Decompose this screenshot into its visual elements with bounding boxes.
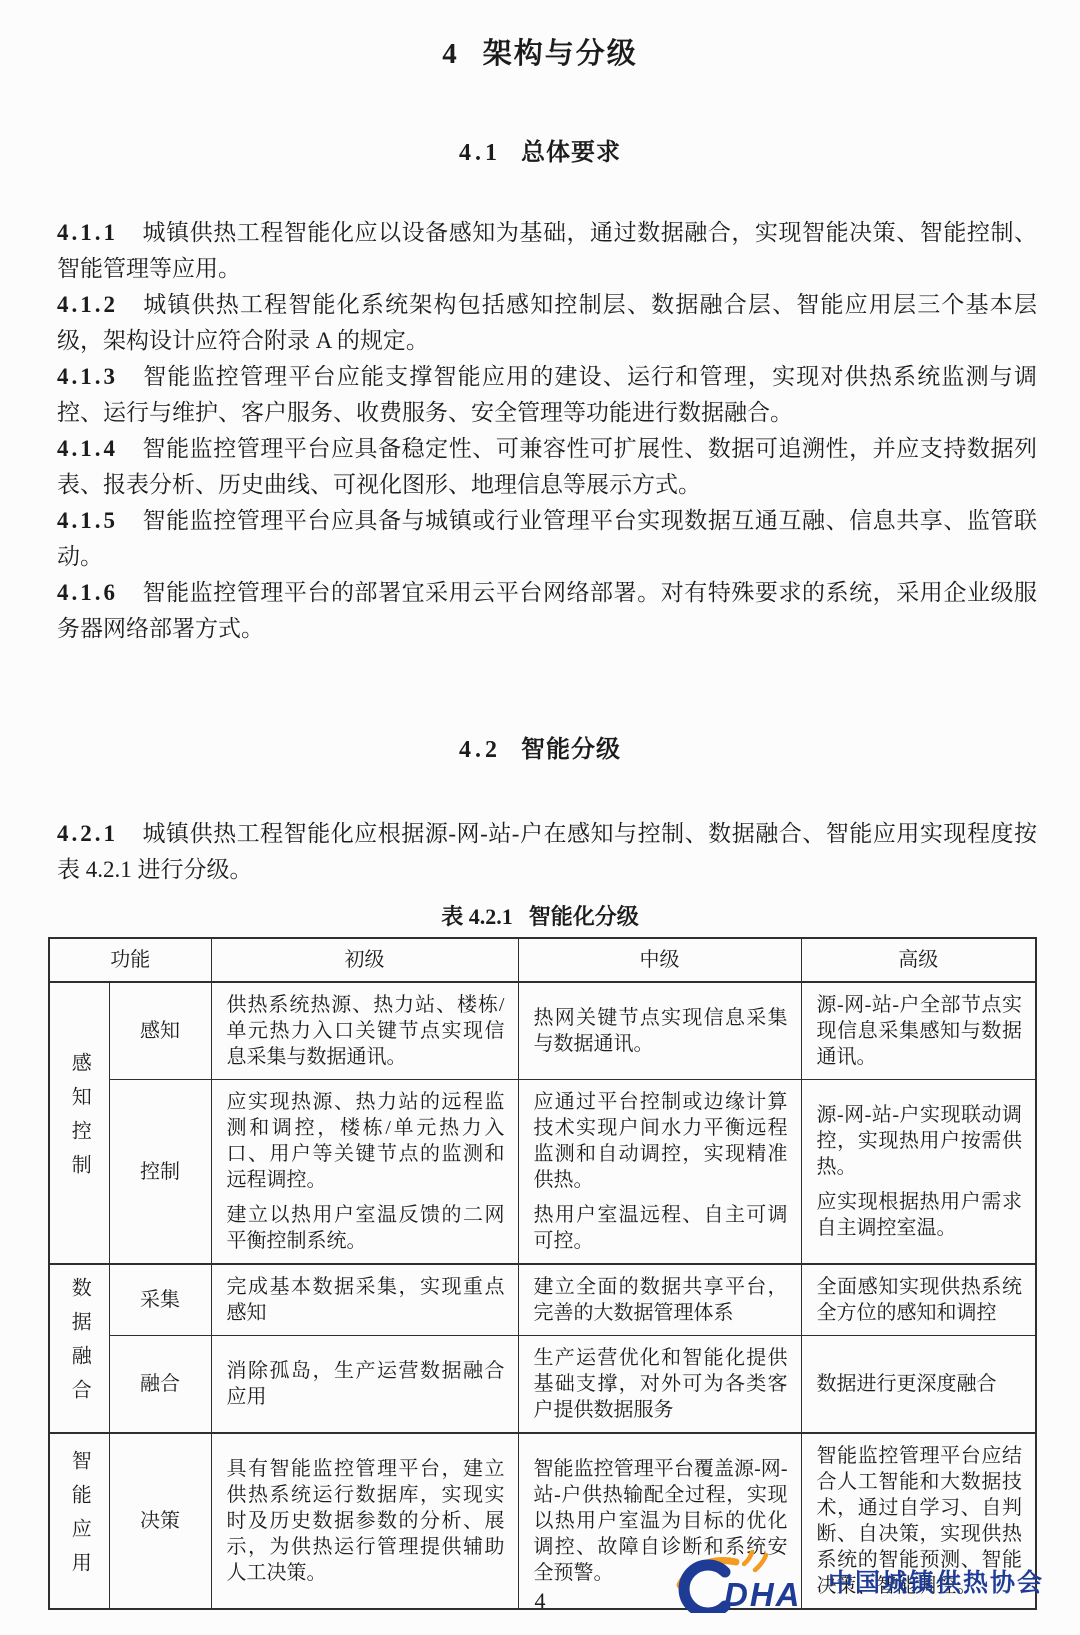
clause-text: 城镇供热工程智能化系统架构包括感知控制层、数据融合层、智能应用层三个基本层级，架…	[57, 292, 1037, 353]
clause-number: 4.1.3	[57, 364, 118, 389]
row-label-decision: 决策	[109, 1433, 211, 1609]
clause-text: 城镇供热工程智能化应以设备感知为基础，通过数据融合，实现智能决策、智能控制、智能…	[57, 220, 1037, 281]
table-row-fusion: 融合 消除孤岛，生产运营数据融合应用 生产运营优化和智能化提供基础支撑，对外可为…	[49, 1336, 1036, 1434]
clause-number: 4.1.2	[57, 292, 118, 317]
section-4-1-clauses: 4.1.1城镇供热工程智能化应以设备感知为基础，通过数据融合，实现智能决策、智能…	[0, 215, 1080, 647]
page-number: 4	[0, 1588, 1080, 1614]
clause-paragraph: 4.1.3智能监控管理平台应能支撑智能应用的建设、运行和管理，实现对供热系统监测…	[57, 359, 1037, 431]
cell-fusion-advanced: 数据进行更深度融合	[801, 1336, 1036, 1434]
table-row-collection: 数据融合 采集 完成基本数据采集，实现重点感知 建立全面的数据共享平台，完善的大…	[49, 1264, 1036, 1336]
grading-table: 功能 初级 中级 高级 感知控制 感知 供热系统热源、热力站、楼栋/单元热力入口…	[48, 937, 1037, 1610]
section-4-2-number: 4.2	[459, 737, 501, 763]
header-function: 功能	[49, 938, 211, 982]
clause-number: 4.2.1	[57, 821, 118, 846]
row-label-perception: 感知	[109, 982, 211, 1080]
group-label-intelligent-application: 智能应用	[49, 1433, 109, 1609]
table-row-control: 控制 应实现热源、热力站的远程监测和调控，楼栋/单元热力入口、用户等关键节点的监…	[49, 1080, 1036, 1265]
section-4-2-heading: 4.2智能分级	[0, 729, 1080, 764]
cell-decision-primary: 具有智能监控管理平台，建立供热系统运行数据库，实现实时及历史数据参数的分析、展示…	[211, 1433, 518, 1609]
clause-number: 4.1.1	[57, 220, 118, 245]
clause-text: 智能监控管理平台的部署宜采用云平台网络部署。对有特殊要求的系统，采用企业级服务器…	[57, 580, 1037, 641]
clause-text: 智能监控管理平台应能支撑智能应用的建设、运行和管理，实现对供热系统监测与调控、运…	[57, 364, 1037, 425]
logo-orange-tick-2	[755, 1555, 766, 1570]
row-label-collection: 采集	[109, 1264, 211, 1336]
clause-text: 智能监控管理平台应具备稳定性、可兼容性可扩展性、数据可追溯性，并应支持数据列表、…	[57, 436, 1037, 497]
cell-control-middle: 应通过平台控制或边缘计算技术实现户间水力平衡远程监测和自动调控，实现精准供热。热…	[518, 1080, 801, 1265]
clause-number: 4.1.5	[57, 508, 118, 533]
table-caption-number: 表 4.2.1	[441, 904, 513, 929]
cell-collection-middle: 建立全面的数据共享平台，完善的大数据管理体系	[518, 1264, 801, 1336]
row-label-control: 控制	[109, 1080, 211, 1265]
clause-text: 城镇供热工程智能化应根据源-网-站-户在感知与控制、数据融合、智能应用实现程度按…	[57, 821, 1037, 882]
cell-control-advanced: 源-网-站-户实现联动调控，实现热用户按需供热。应实现根据热用户需求自主调控室温…	[801, 1080, 1036, 1265]
clause-paragraph: 4.2.1城镇供热工程智能化应根据源-网-站-户在感知与控制、数据融合、智能应用…	[57, 816, 1037, 888]
clause-paragraph: 4.1.4智能监控管理平台应具备稳定性、可兼容性可扩展性、数据可追溯性，并应支持…	[57, 431, 1037, 503]
table-caption: 表 4.2.1智能化分级	[0, 900, 1080, 931]
group-label-perception-control: 感知控制	[49, 982, 109, 1264]
clause-number: 4.1.4	[57, 436, 118, 461]
cell-collection-primary: 完成基本数据采集，实现重点感知	[211, 1264, 518, 1336]
table-caption-title: 智能化分级	[529, 904, 639, 929]
table-row-perception: 感知控制 感知 供热系统热源、热力站、楼栋/单元热力入口关键节点实现信息采集与数…	[49, 982, 1036, 1080]
section-4-1-number: 4.1	[459, 140, 501, 166]
group-label-data-fusion: 数据融合	[49, 1264, 109, 1433]
cell-perception-middle: 热网关键节点实现信息采集与数据通讯。	[518, 982, 801, 1080]
cell-collection-advanced: 全面感知实现供热系统全方位的感知和调控	[801, 1264, 1036, 1336]
cell-control-primary: 应实现热源、热力站的远程监测和调控，楼栋/单元热力入口、用户等关键节点的监测和远…	[211, 1080, 518, 1265]
section-4-2-title: 智能分级	[521, 736, 621, 763]
chapter-title-text: 架构与分级	[483, 38, 638, 70]
section-4-1-title: 总体要求	[521, 139, 621, 166]
document-page: 4架构与分级 4.1总体要求 4.1.1城镇供热工程智能化应以设备感知为基础，通…	[0, 0, 1080, 1635]
cell-fusion-primary: 消除孤岛，生产运营数据融合应用	[211, 1336, 518, 1434]
section-4-1-heading: 4.1总体要求	[0, 132, 1080, 167]
header-level-middle: 中级	[518, 938, 801, 982]
section-4-2-clauses: 4.2.1城镇供热工程智能化应根据源-网-站-户在感知与控制、数据融合、智能应用…	[0, 816, 1080, 888]
clause-paragraph: 4.1.1城镇供热工程智能化应以设备感知为基础，通过数据融合，实现智能决策、智能…	[57, 215, 1037, 287]
clause-paragraph: 4.1.2城镇供热工程智能化系统架构包括感知控制层、数据融合层、智能应用层三个基…	[57, 287, 1037, 359]
clause-number: 4.1.6	[57, 580, 118, 605]
chapter-title: 4架构与分级	[0, 0, 1080, 72]
clause-text: 智能监控管理平台应具备与城镇或行业管理平台实现数据互通互融、信息共享、监管联动。	[57, 508, 1037, 569]
header-level-advanced: 高级	[801, 938, 1036, 982]
logo-orange-tick-1	[744, 1552, 752, 1564]
cell-perception-primary: 供热系统热源、热力站、楼栋/单元热力入口关键节点实现信息采集与数据通讯。	[211, 982, 518, 1080]
clause-paragraph: 4.1.5智能监控管理平台应具备与城镇或行业管理平台实现数据互通互融、信息共享、…	[57, 503, 1037, 575]
header-level-primary: 初级	[211, 938, 518, 982]
clause-paragraph: 4.1.6智能监控管理平台的部署宜采用云平台网络部署。对有特殊要求的系统，采用企…	[57, 575, 1037, 647]
chapter-number: 4	[442, 38, 459, 70]
row-label-fusion: 融合	[109, 1336, 211, 1434]
table-header-row: 功能 初级 中级 高级	[49, 938, 1036, 982]
cell-fusion-middle: 生产运营优化和智能化提供基础支撑，对外可为各类客户提供数据服务	[518, 1336, 801, 1434]
cell-perception-advanced: 源-网-站-户全部节点实现信息采集感知与数据通讯。	[801, 982, 1036, 1080]
